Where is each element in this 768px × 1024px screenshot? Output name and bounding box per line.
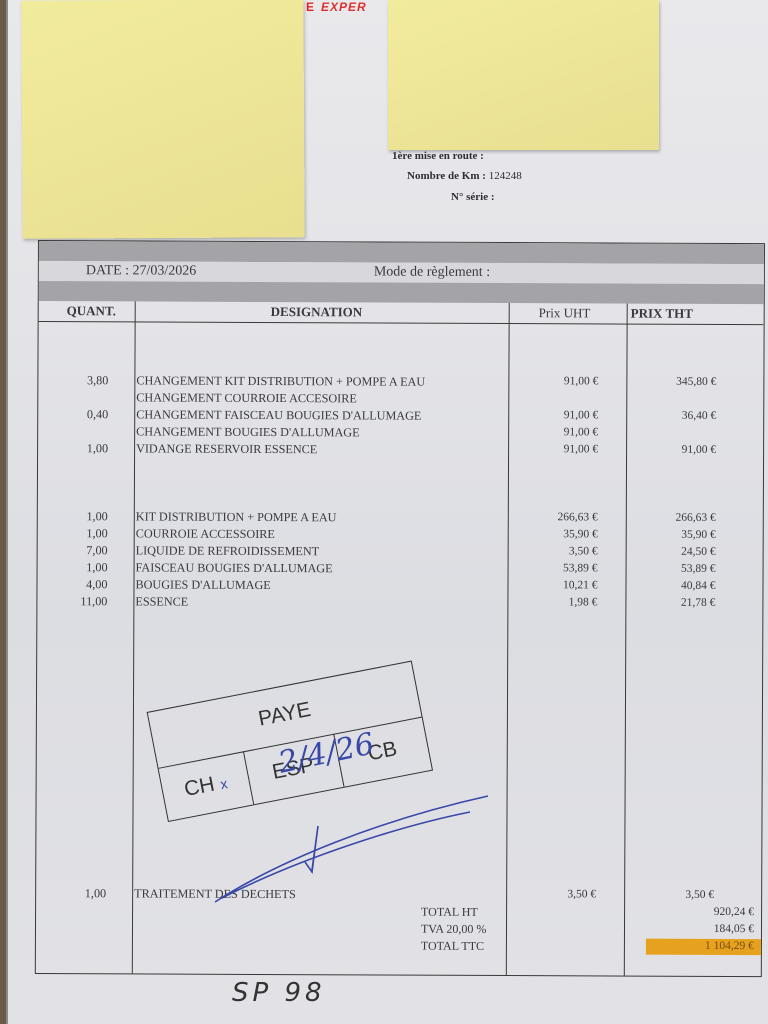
total-ttc-value: 1 104,29 € (648, 940, 754, 952)
check-mark-icon: x (219, 775, 229, 792)
table-row-waste: 1,00 TRAITEMENT DES DECHETS 3,50 € 3,50 … (36, 886, 761, 906)
table-row: 1,00VIDANGE RESERVOIR ESSENCE91,00 €91,0… (38, 441, 763, 461)
total-ht-value: 920,24 € (648, 906, 754, 918)
sticky-note-right (388, 0, 659, 150)
payment-mode: Mode de règlement : (374, 264, 490, 281)
garage-logo: EEXPER (306, 0, 367, 14)
serial-number: N° série : (451, 191, 495, 203)
total-ht-label: TOTAL HT (421, 905, 478, 920)
col-quantity: QUANT. (67, 303, 116, 319)
col-designation: DESIGNATION (271, 304, 363, 320)
first-registration: 1ère mise en route : (392, 150, 484, 162)
vat-value: 184,05 € (648, 923, 754, 935)
table-row: 11,00ESSENCE1,98 €21,78 € (37, 594, 762, 614)
background-edge (0, 0, 6, 1024)
total-ttc-label: TOTAL TTC (421, 939, 484, 954)
vat-label: TVA 20,00 % (421, 922, 487, 937)
mileage-value: 124248 (489, 170, 522, 182)
handwritten-note: SP 98 (232, 978, 326, 1008)
invoice-date: DATE : 27/03/2026 (86, 263, 197, 279)
col-total-price: PRIX THT (631, 306, 693, 322)
col-unit-price: Prix UHT (539, 305, 591, 321)
table-header: QUANT. DESIGNATION Prix UHT PRIX THT (39, 301, 764, 325)
mileage: Nombre de Km : 124248 (407, 170, 522, 182)
sticky-note-left (21, 0, 304, 239)
invoice-table: DATE : 27/03/2026 Mode de règlement : QU… (35, 240, 765, 977)
